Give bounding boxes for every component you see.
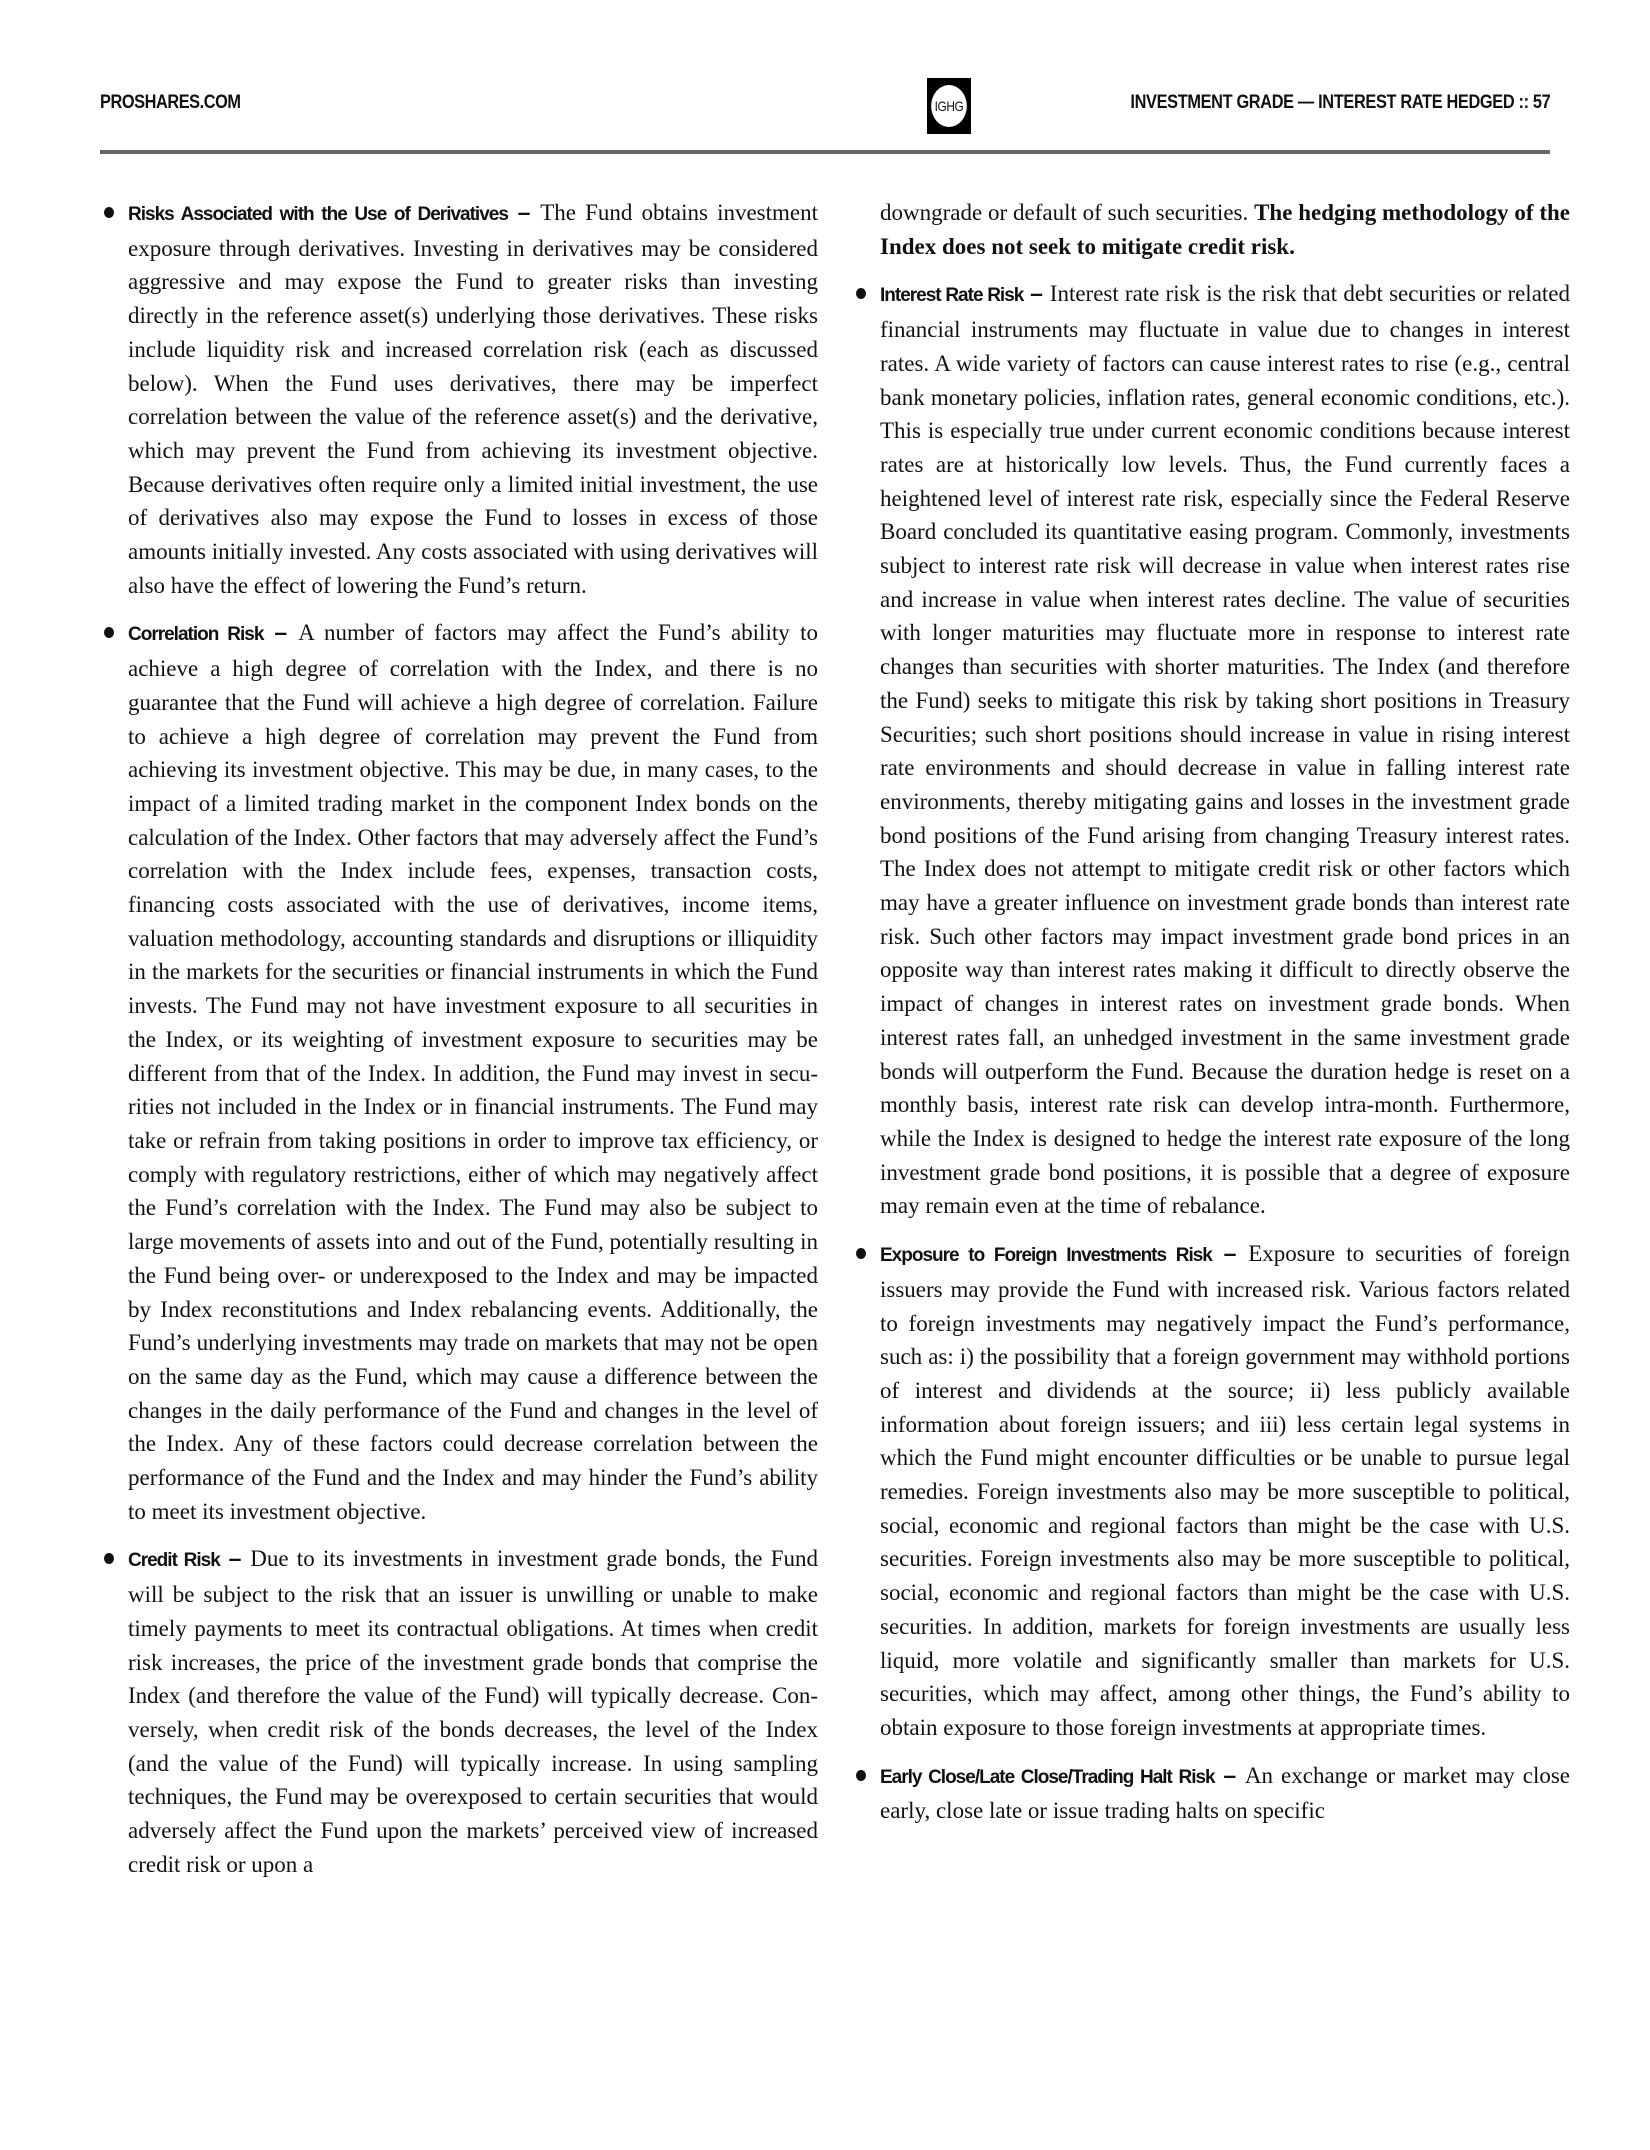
bullet-icon	[104, 1553, 114, 1564]
risk-item-foreign-investments: Exposure to Foreign Investments Risk – E…	[880, 1237, 1570, 1745]
risk-title: Correlation Risk	[128, 624, 263, 645]
risk-item-derivatives: Risks Associated with the Use of Derivat…	[128, 196, 818, 602]
risk-item-credit: Credit Risk – Due to its investments in …	[128, 1542, 818, 1881]
title-separator: ::	[1514, 92, 1533, 113]
risk-item-correlation: Correlation Risk – A number of factors m…	[128, 616, 818, 1528]
running-title: INVESTMENT GRADE — INTEREST RATE HEDGED …	[1130, 92, 1550, 114]
ticker-badge-icon: IGHG	[931, 85, 967, 127]
dash: –	[1023, 280, 1049, 306]
bullet-icon	[104, 207, 114, 218]
risk-title: Credit Risk	[128, 1550, 220, 1571]
dash: –	[1215, 1762, 1245, 1788]
header-rule	[100, 150, 1550, 154]
left-column: Risks Associated with the Use of Derivat…	[128, 196, 818, 1895]
page-number: 57	[1533, 92, 1550, 113]
bullet-icon	[856, 1248, 866, 1259]
fund-ticker-badge: IGHG	[927, 78, 971, 134]
risk-title: Risks Associated with the Use of Derivat…	[128, 204, 508, 225]
right-column: downgrade or default of such securities.…	[880, 196, 1570, 1842]
risk-body: The Fund obtains investment exposure thr…	[128, 200, 818, 598]
risk-body: Due to its investments in investment gra…	[128, 1546, 818, 1876]
risk-item-early-close: Early Close/Late Close/Trading Halt Risk…	[880, 1759, 1570, 1828]
risk-title: Early Close/Late Close/Trading Halt Risk	[880, 1767, 1215, 1788]
dash: –	[1212, 1240, 1248, 1266]
dash: –	[508, 199, 540, 225]
bullet-icon	[856, 288, 866, 299]
risk-body: Exposure to securities of foreign issuer…	[880, 1241, 1570, 1740]
risk-body: A number of factors may affect the Fund’…	[128, 620, 818, 1523]
risk-item-interest-rate: Interest Rate Risk – Interest rate risk …	[880, 277, 1570, 1223]
page-header: PROSHARES.COM IGHG INVESTMENT GRADE — IN…	[100, 78, 1550, 134]
credit-risk-continuation: downgrade or default of such securities.…	[880, 196, 1570, 263]
dash: –	[220, 1545, 251, 1571]
fund-title: INVESTMENT GRADE — INTEREST RATE HEDGED	[1130, 92, 1514, 113]
dash: –	[263, 619, 298, 645]
risk-title: Exposure to Foreign Investments Risk	[880, 1245, 1212, 1266]
continuation-text: downgrade or default of such securities.	[880, 200, 1254, 225]
bullet-icon	[104, 627, 114, 638]
risk-body: Interest rate risk is the risk that debt…	[880, 281, 1570, 1218]
bullet-icon	[856, 1770, 866, 1781]
ticker-label: IGHG	[935, 98, 964, 114]
risk-title: Interest Rate Risk	[880, 285, 1023, 306]
site-name: PROSHARES.COM	[100, 92, 241, 114]
